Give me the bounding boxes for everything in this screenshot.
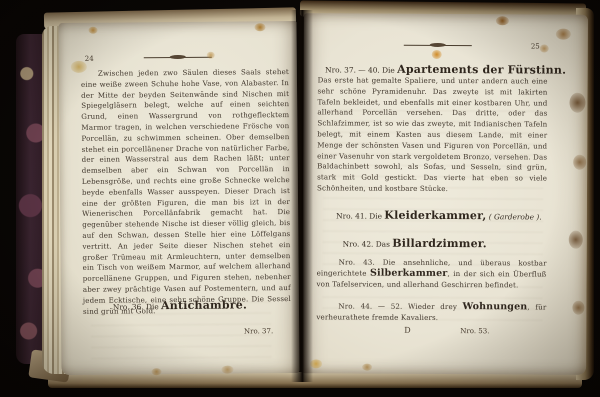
section-37-title: Apartements der Fürstinn.	[397, 63, 566, 77]
showthrough-right	[322, 109, 543, 330]
stain	[432, 50, 442, 59]
section-37-number: Nro. 37. — 40. Die	[325, 65, 397, 74]
stain	[362, 364, 372, 371]
stain	[221, 366, 233, 374]
left-page: 24 Zwischen jeden zwo Säulen dieses Saal…	[58, 21, 299, 375]
left-page-body-text: Zwischen jeden zwo Säulen dieses Saals s…	[81, 67, 291, 317]
showthrough-left	[91, 301, 272, 363]
stain	[151, 368, 161, 375]
stain	[207, 52, 215, 59]
stain	[496, 16, 509, 25]
ornament-rule-right	[404, 44, 472, 48]
stain	[556, 29, 571, 40]
photo-background: 24 Zwischen jeden zwo Säulen dieses Saal…	[0, 0, 600, 397]
stain	[540, 44, 549, 52]
stain	[71, 61, 87, 73]
stain	[569, 231, 583, 249]
right-folio-number: 25	[531, 42, 540, 50]
stain	[254, 23, 265, 31]
book-gutter-shadow	[291, 10, 313, 382]
stain	[89, 27, 98, 34]
right-page: 25 Nro. 37. — 40. Die Apartements der Fü…	[302, 13, 588, 374]
stain	[573, 155, 586, 170]
stain	[572, 301, 584, 315]
stain	[569, 93, 585, 113]
left-folio-number: 24	[85, 55, 94, 63]
ornament-rule-left	[144, 56, 212, 61]
